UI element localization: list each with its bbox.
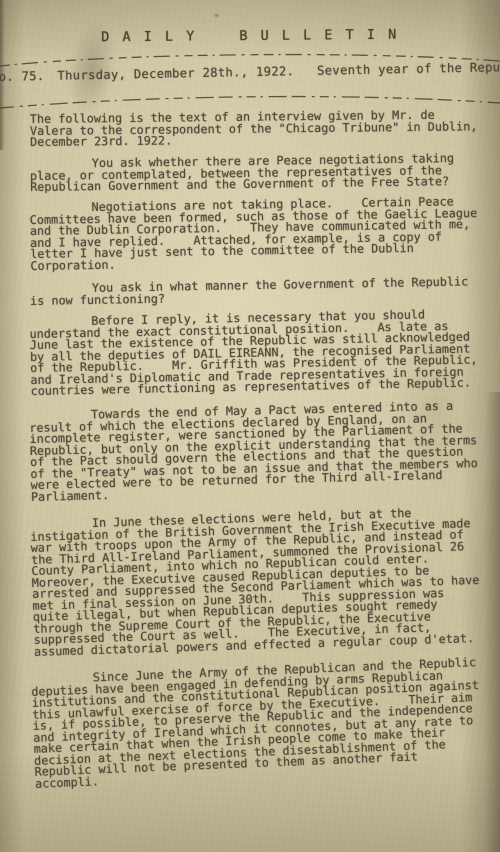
paper-speck	[213, 13, 220, 18]
paragraph-constitutional-position: Before I reply, it is necessary that you…	[29, 308, 482, 397]
paragraph-since-june: Since June the Army of the Republican an…	[31, 656, 487, 789]
paragraph-june-elections: In June these elections were held, but a…	[30, 505, 486, 657]
paragraph-question-peace: You ask whether there are Peace negotiat…	[30, 152, 482, 193]
paragraph-negotiations: Negotiations are not taking place. Certa…	[29, 196, 482, 272]
masthead-title: D A I L Y B U L L E T I N	[0, 26, 500, 46]
paragraph-question-government: You ask in what manner the Government of…	[30, 276, 482, 307]
right-edge-shadow	[484, 392, 500, 852]
document-page: D A I L Y B U L L E T I N No. 75. Thursd…	[0, 0, 500, 852]
document-body: The following is the text of an intervie…	[30, 114, 482, 800]
paragraph-intro: The following is the text of an intervie…	[30, 109, 482, 148]
issue-number: No. 75.	[0, 69, 45, 84]
paragraph-may-pact: Towards the end of May a Pact was entere…	[29, 399, 483, 502]
